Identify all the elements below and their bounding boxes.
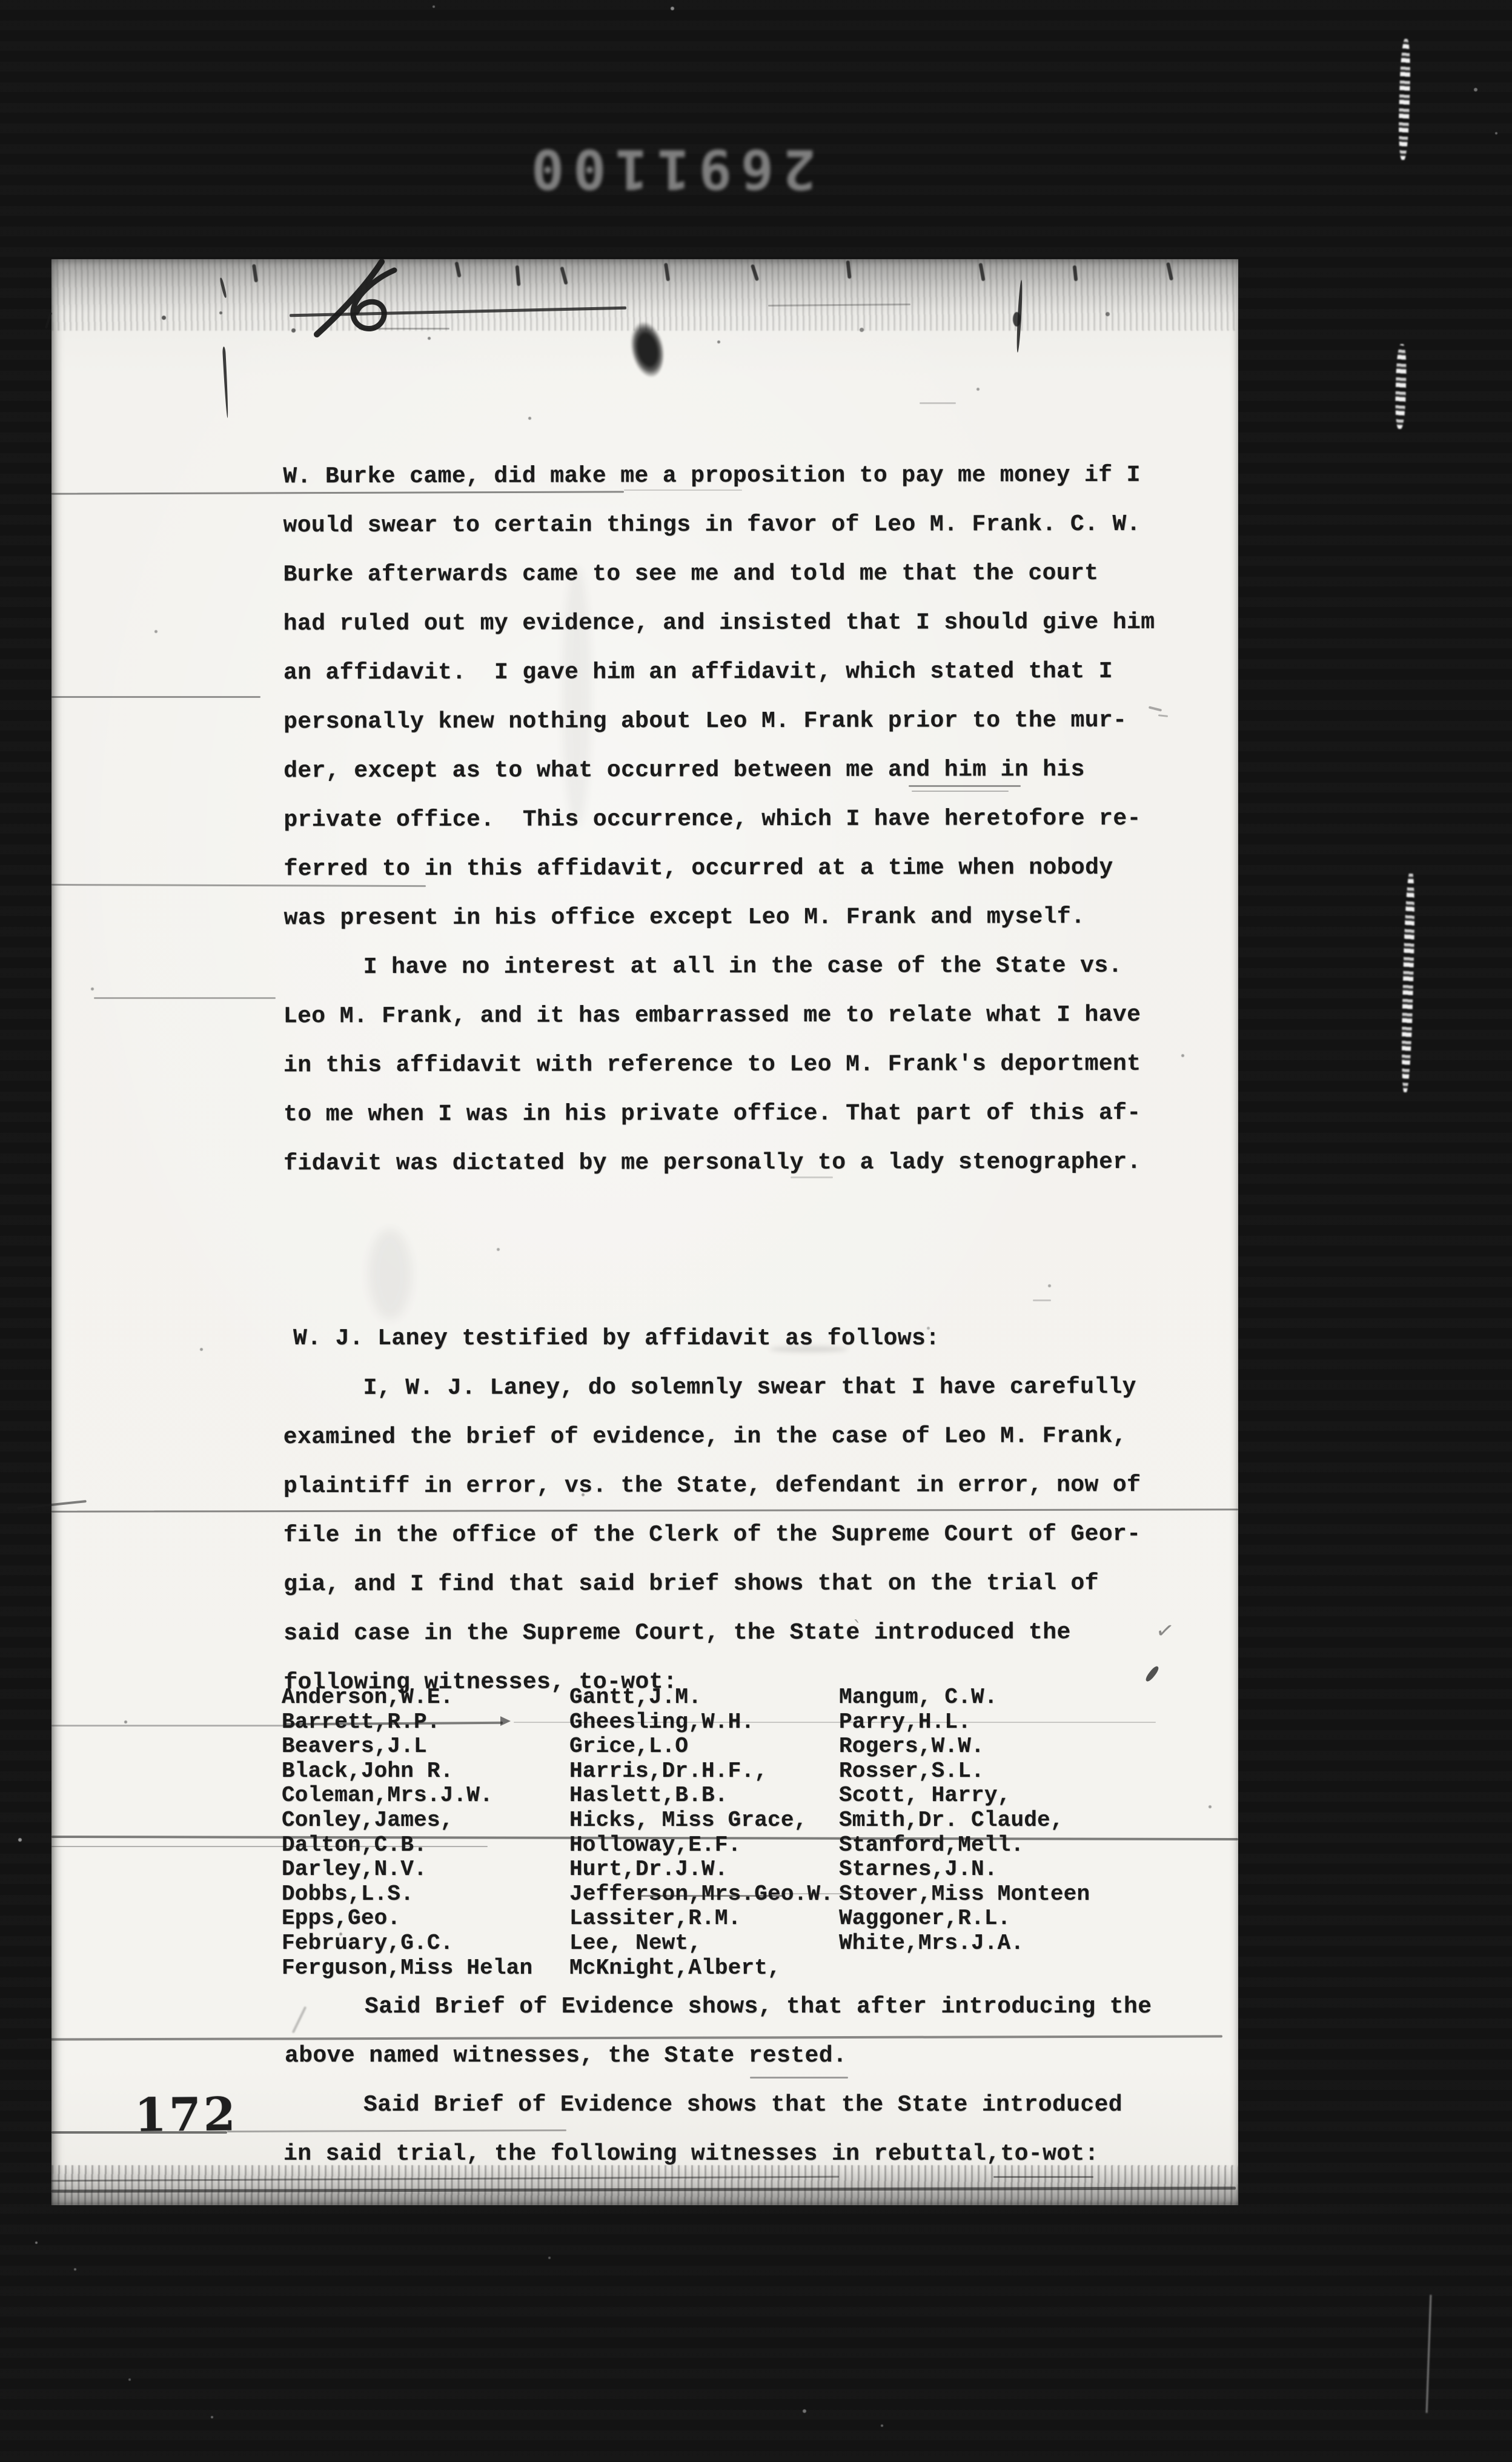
faint-dash bbox=[1033, 1299, 1051, 1301]
scratch-arrowhead bbox=[500, 1716, 511, 1726]
check-mark: ✓ bbox=[1154, 1618, 1176, 1645]
witness-column-1: Anderson,W.E. Barrett,R.P. Beavers,J.L B… bbox=[282, 1685, 532, 1980]
smudge bbox=[769, 1346, 848, 1352]
faint-dash bbox=[920, 402, 956, 404]
caret-mark: ˋ bbox=[853, 1618, 862, 1639]
faint-dash bbox=[791, 1176, 833, 1178]
film-dust-specks bbox=[0, 0, 2, 2]
scratch-line bbox=[641, 1895, 783, 1897]
affidavit-paragraph-2: I have no interest at all in the case of… bbox=[283, 941, 1229, 1189]
underline-rested bbox=[750, 2077, 848, 2079]
smudge bbox=[562, 566, 591, 827]
scratch-line bbox=[94, 997, 276, 999]
laney-heading: W. J. Laney testified by affidavit as fo… bbox=[293, 1314, 1238, 1363]
film-frame: { "film": { "frame_stamp": "2691100" }, … bbox=[0, 0, 1512, 2462]
pen-underline-faint bbox=[359, 328, 449, 330]
scratch-line bbox=[51, 2131, 227, 2134]
affidavit-paragraph-1: W. Burke came, did make me a proposition… bbox=[283, 451, 1228, 943]
page-top-exposure-mottling bbox=[51, 259, 1238, 331]
witness-column-3: Mangum, C.W. Parry,H.L. Rogers,W.W. Ross… bbox=[839, 1685, 1090, 1956]
scratch-line bbox=[51, 1725, 291, 1727]
witness-column-2: Gantt,J.M. Gheesling,W.H. Grice,L.O Harr… bbox=[569, 1685, 834, 1980]
margin-page-number: 172 bbox=[134, 2087, 239, 2142]
film-scratch-streak bbox=[1398, 39, 1411, 160]
scratch-line bbox=[51, 1846, 488, 1847]
pen-stroke-blob bbox=[1013, 312, 1021, 327]
closing-paragraph-1: Said Brief of Evidence shows, that after… bbox=[285, 1982, 1230, 2080]
laney-paragraph: I, W. J. Laney, do solemnly swear that I… bbox=[283, 1362, 1229, 1707]
scratch-line bbox=[912, 791, 1009, 792]
smudge bbox=[368, 1229, 412, 1319]
film-scratch-streak bbox=[1394, 344, 1407, 429]
scratch-line bbox=[514, 1722, 1156, 1723]
scratch-line bbox=[909, 785, 1021, 787]
underline-to-wot bbox=[993, 2176, 1093, 2178]
handwritten-page-number bbox=[276, 244, 433, 365]
scratch-line bbox=[51, 696, 260, 698]
scratch-line bbox=[781, 1893, 894, 1894]
film-scratch-streak bbox=[1400, 871, 1416, 1092]
film-frame-number-stamp: 2691100 bbox=[522, 137, 815, 201]
scratch-line bbox=[624, 489, 742, 491]
film-scratch-thin bbox=[1426, 2295, 1432, 2413]
